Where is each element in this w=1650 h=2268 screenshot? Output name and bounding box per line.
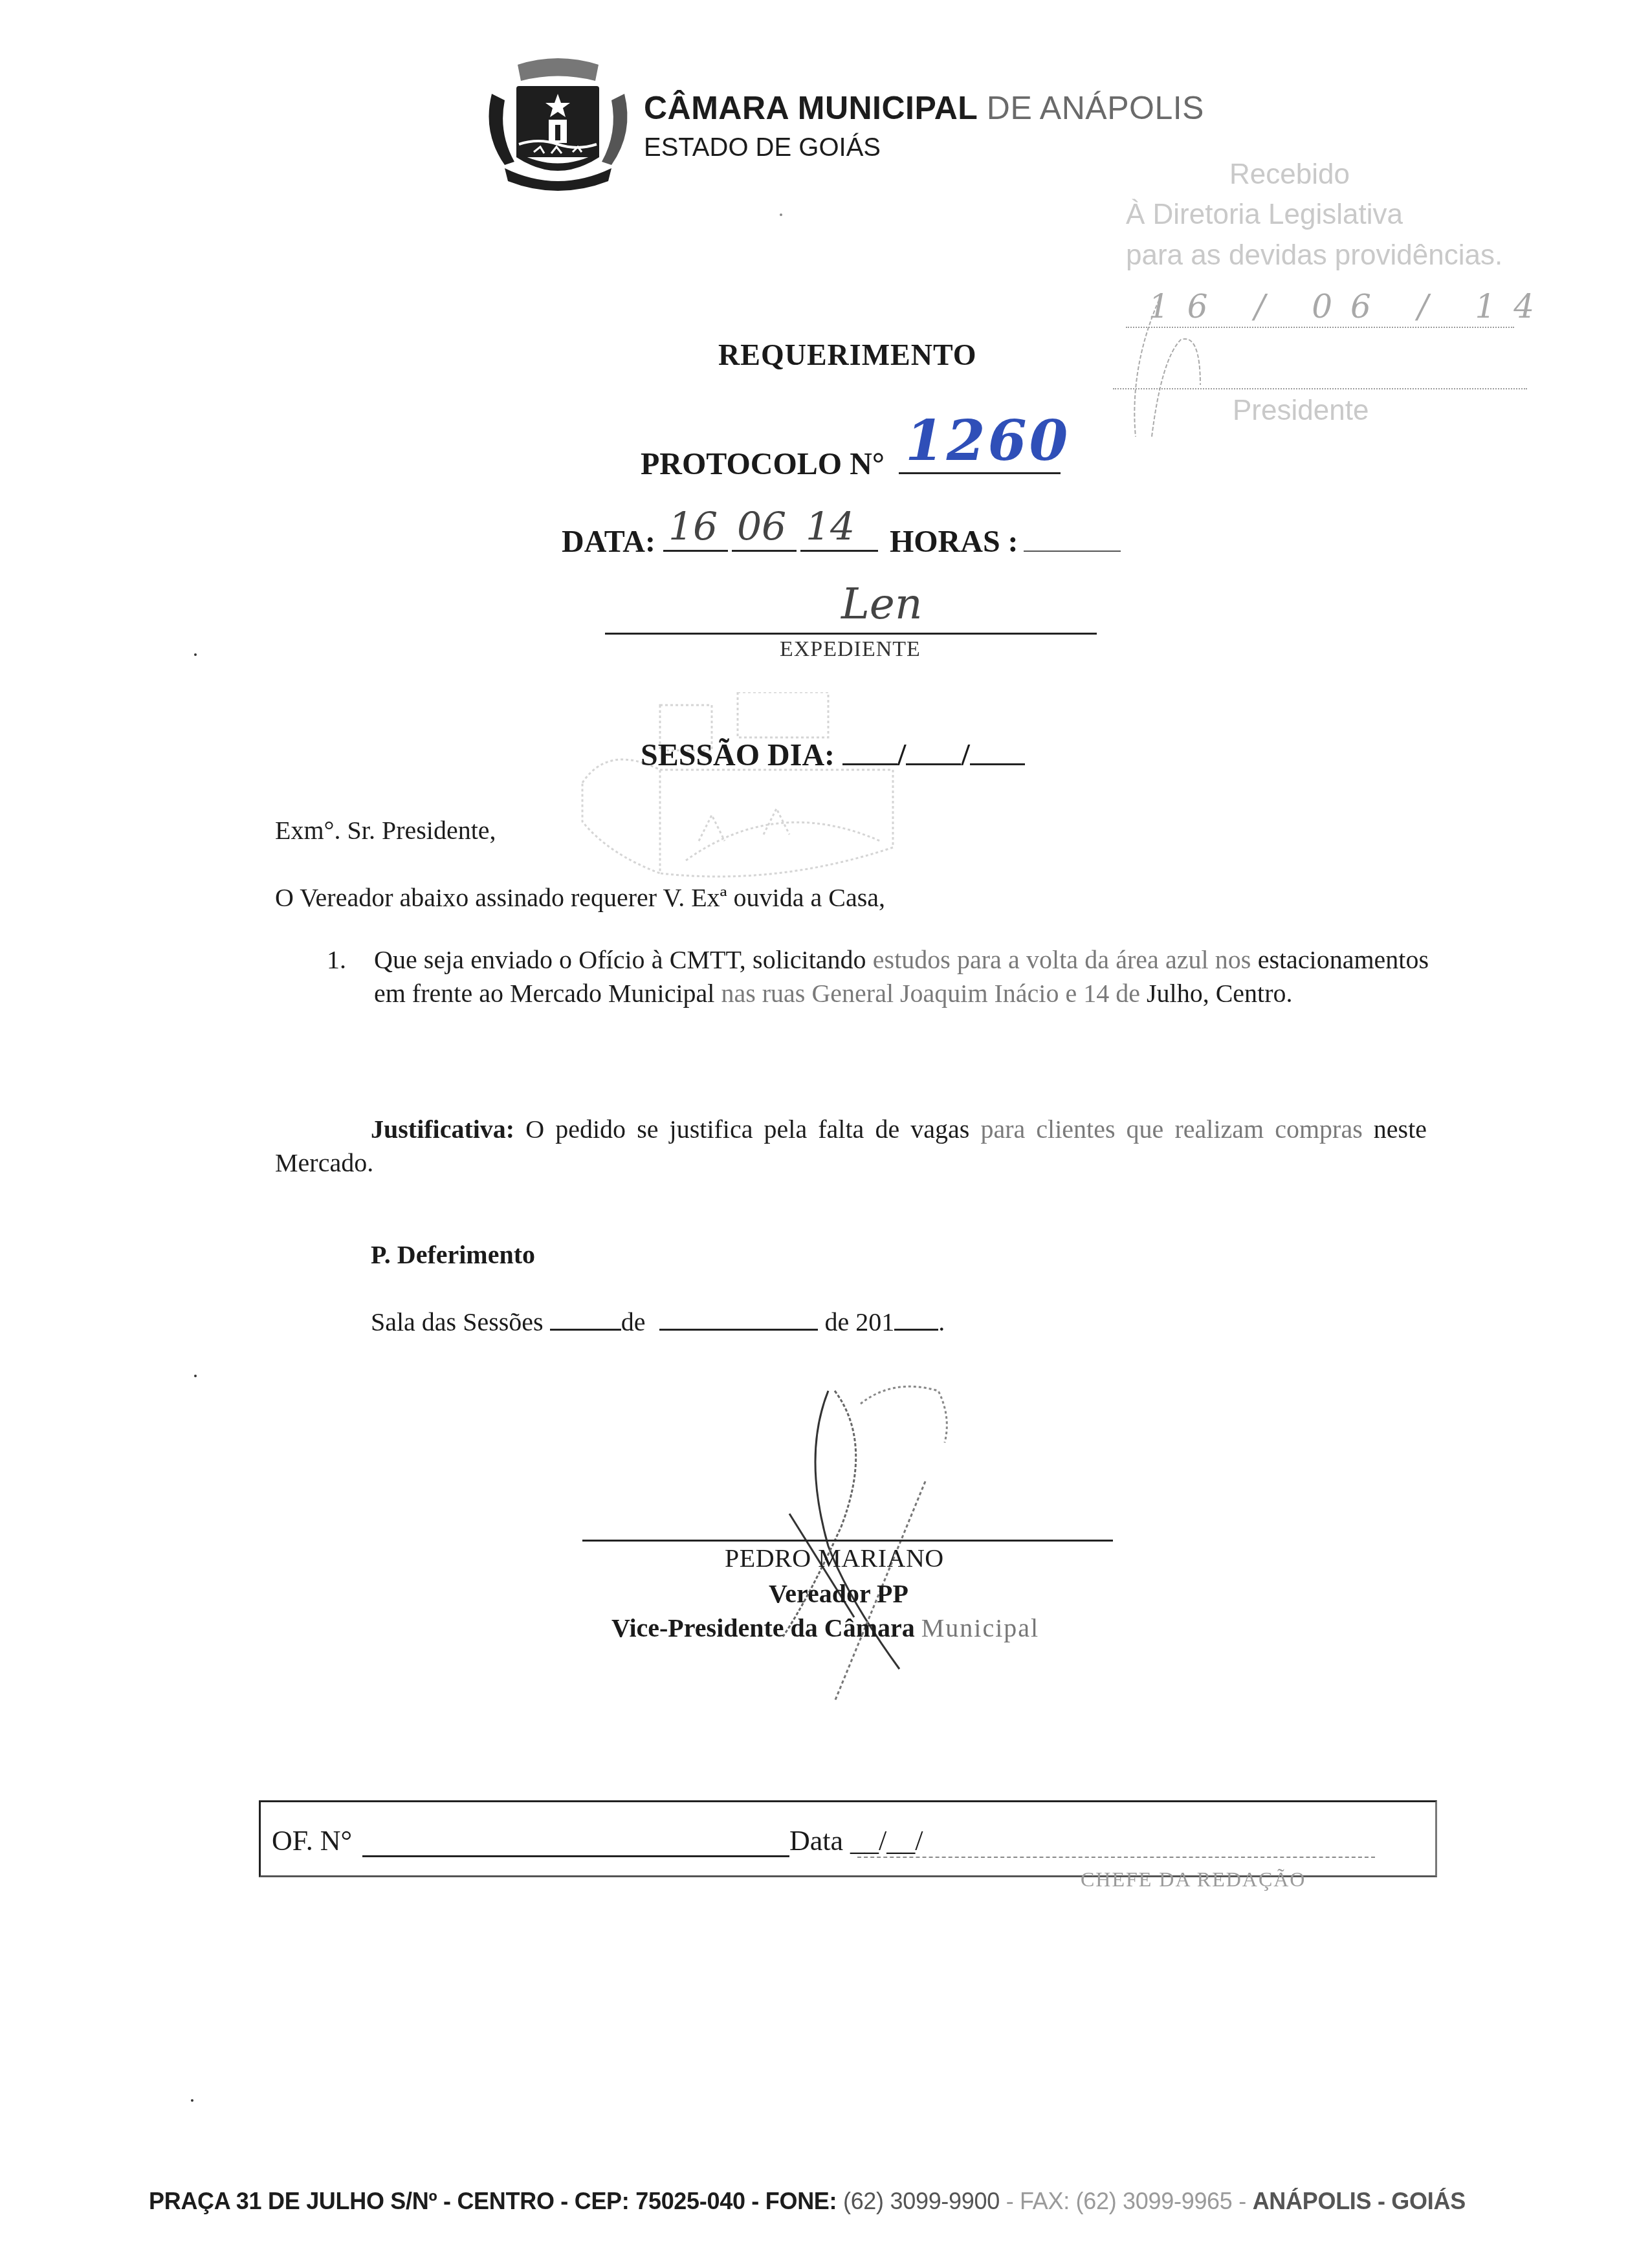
session-room-year-prefix: de 201 <box>824 1307 894 1336</box>
request-text-part: Julho, Centro. <box>1147 979 1293 1008</box>
scan-speck <box>194 653 197 656</box>
signature-line[interactable] <box>582 1540 1113 1542</box>
protocol-number-line[interactable]: 1260 <box>899 446 1061 474</box>
request-text-part: estudos para a volta da área azul nos <box>873 945 1251 974</box>
session-room-end: . <box>938 1307 945 1336</box>
session-room-month-field[interactable] <box>659 1307 818 1331</box>
scan-speck <box>780 213 782 216</box>
justification-text: para clientes que realizam compras <box>980 1115 1362 1144</box>
footer-address: PRAÇA 31 DE JULHO S/Nº - CENTRO - CEP: 7… <box>149 2188 1466 2215</box>
stamp-president-label: Presidente <box>1233 395 1369 427</box>
request-text-part: nas ruas General Joaquim Inácio e 14 de <box>721 979 1140 1008</box>
stamp-instruction: para as devidas providências. <box>1126 239 1502 272</box>
stamp-directorate: À Diretoria Legislativa <box>1126 199 1403 231</box>
justification-paragraph: Justificativa: O pedido se justifica pel… <box>275 1113 1427 1180</box>
document-title: REQUERIMENTO <box>718 338 977 372</box>
session-month-field[interactable] <box>906 739 961 765</box>
request-text-part: Que seja enviado o Ofício à CMTT, solici… <box>374 945 873 974</box>
signer-title-faded: Municipal <box>921 1613 1039 1642</box>
date-month: 06 <box>737 505 786 550</box>
stamp-received: Recebido <box>1229 158 1350 191</box>
expediente-initials: Len <box>841 579 922 629</box>
signer-first-name: PEDRO <box>725 1543 811 1573</box>
expediente-label: EXPEDIENTE <box>780 637 921 662</box>
signer-title: Vice-Presidente da Câmara Municipal <box>611 1613 1039 1643</box>
date-year: 14 <box>806 505 855 550</box>
justification-label: Justificativa: <box>371 1115 514 1144</box>
session-room-year-field[interactable] <box>894 1307 938 1331</box>
scan-speck <box>191 2099 193 2102</box>
office-chief-label: CHEFE DA REDAÇÃO <box>1081 1868 1306 1892</box>
date-label: DATA: <box>562 525 655 559</box>
protocol-label: PROTOCOLO N° <box>641 447 885 481</box>
session-room-de: de <box>621 1307 646 1336</box>
office-date-label: Data <box>789 1825 843 1857</box>
footer-phone: (62) 3099-9900 <box>843 2188 1000 2214</box>
footer-address-main: PRAÇA 31 DE JULHO S/Nº - CENTRO - CEP: 7… <box>149 2188 843 2214</box>
signer-name: PEDRO MARIANO <box>725 1543 944 1573</box>
session-year-field[interactable] <box>970 739 1025 765</box>
handwritten-signature-icon <box>679 1365 1042 1701</box>
scan-speck <box>194 1375 197 1377</box>
request-item-text: Que seja enviado o Ofício à CMTT, solici… <box>374 943 1429 1010</box>
stamp-date: 16 / 06 / 14 <box>1149 288 1552 325</box>
session-room-label: Sala das Sessões <box>371 1307 544 1336</box>
session-date-label: SESSÃO DIA: <box>641 738 835 772</box>
org-city: DE ANÁPOLIS <box>987 90 1204 126</box>
stamp-signature-line <box>1113 388 1527 389</box>
office-date-field[interactable]: Data __/__/ <box>789 1824 923 1857</box>
office-date-value: __/__/ <box>850 1825 923 1857</box>
received-stamp: Recebido À Diretoria Legislativa para as… <box>1113 158 1559 437</box>
org-state: ESTADO DE GOIÁS <box>644 133 881 162</box>
hours-field[interactable] <box>1024 522 1121 552</box>
signer-last-name: MARIANO <box>818 1543 944 1573</box>
session-room-day-field[interactable] <box>550 1307 621 1331</box>
greeting: Exm°. Sr. Presidente, <box>275 814 496 847</box>
protocol-number: 1260 <box>905 408 1070 474</box>
signer-title-main: Vice-Presidente da Câmara <box>611 1613 915 1642</box>
expediente-signature-line[interactable] <box>605 633 1097 635</box>
stamp-signature-icon <box>1116 288 1207 443</box>
hours-label: HORAS : <box>890 525 1018 559</box>
date-day-field[interactable]: 16 <box>663 521 728 552</box>
org-name: CÂMARA MUNICIPAL <box>644 90 977 126</box>
watermark-crest-icon <box>569 692 906 886</box>
footer-city: ANÁPOLIS - GOIÁS <box>1253 2188 1466 2214</box>
office-number-label: OF. N° <box>272 1824 352 1857</box>
protocol-field: PROTOCOLO N° 1260 <box>641 446 1061 482</box>
footer-fax: - FAX: (62) 3099-9965 - <box>1000 2188 1253 2214</box>
deferimento-label: P. Deferimento <box>371 1239 535 1270</box>
request-item-number: 1. <box>327 943 346 977</box>
session-room-date: Sala das Sessões de de 201. <box>371 1307 945 1337</box>
intro-paragraph: O Vereador abaixo assinado requerer V. E… <box>275 881 885 915</box>
office-chief-signature-line[interactable] <box>857 1857 1375 1858</box>
signer-role: Vereador PP <box>769 1578 908 1609</box>
office-number-field[interactable] <box>362 1855 789 1857</box>
date-day: 16 <box>668 505 718 550</box>
org-title: CÂMARA MUNICIPAL DE ANÁPOLIS <box>644 89 1204 127</box>
session-date-field: SESSÃO DIA: // <box>641 737 1025 773</box>
date-month-field[interactable]: 06 <box>732 521 797 552</box>
municipal-coat-of-arms-icon <box>479 55 637 197</box>
session-day-field[interactable] <box>842 739 897 765</box>
justification-text: O pedido se justifica pela falta de vaga… <box>514 1115 980 1144</box>
date-field: DATA: 160614 HORAS : <box>562 521 1121 560</box>
date-year-field[interactable]: 14 <box>800 521 878 552</box>
